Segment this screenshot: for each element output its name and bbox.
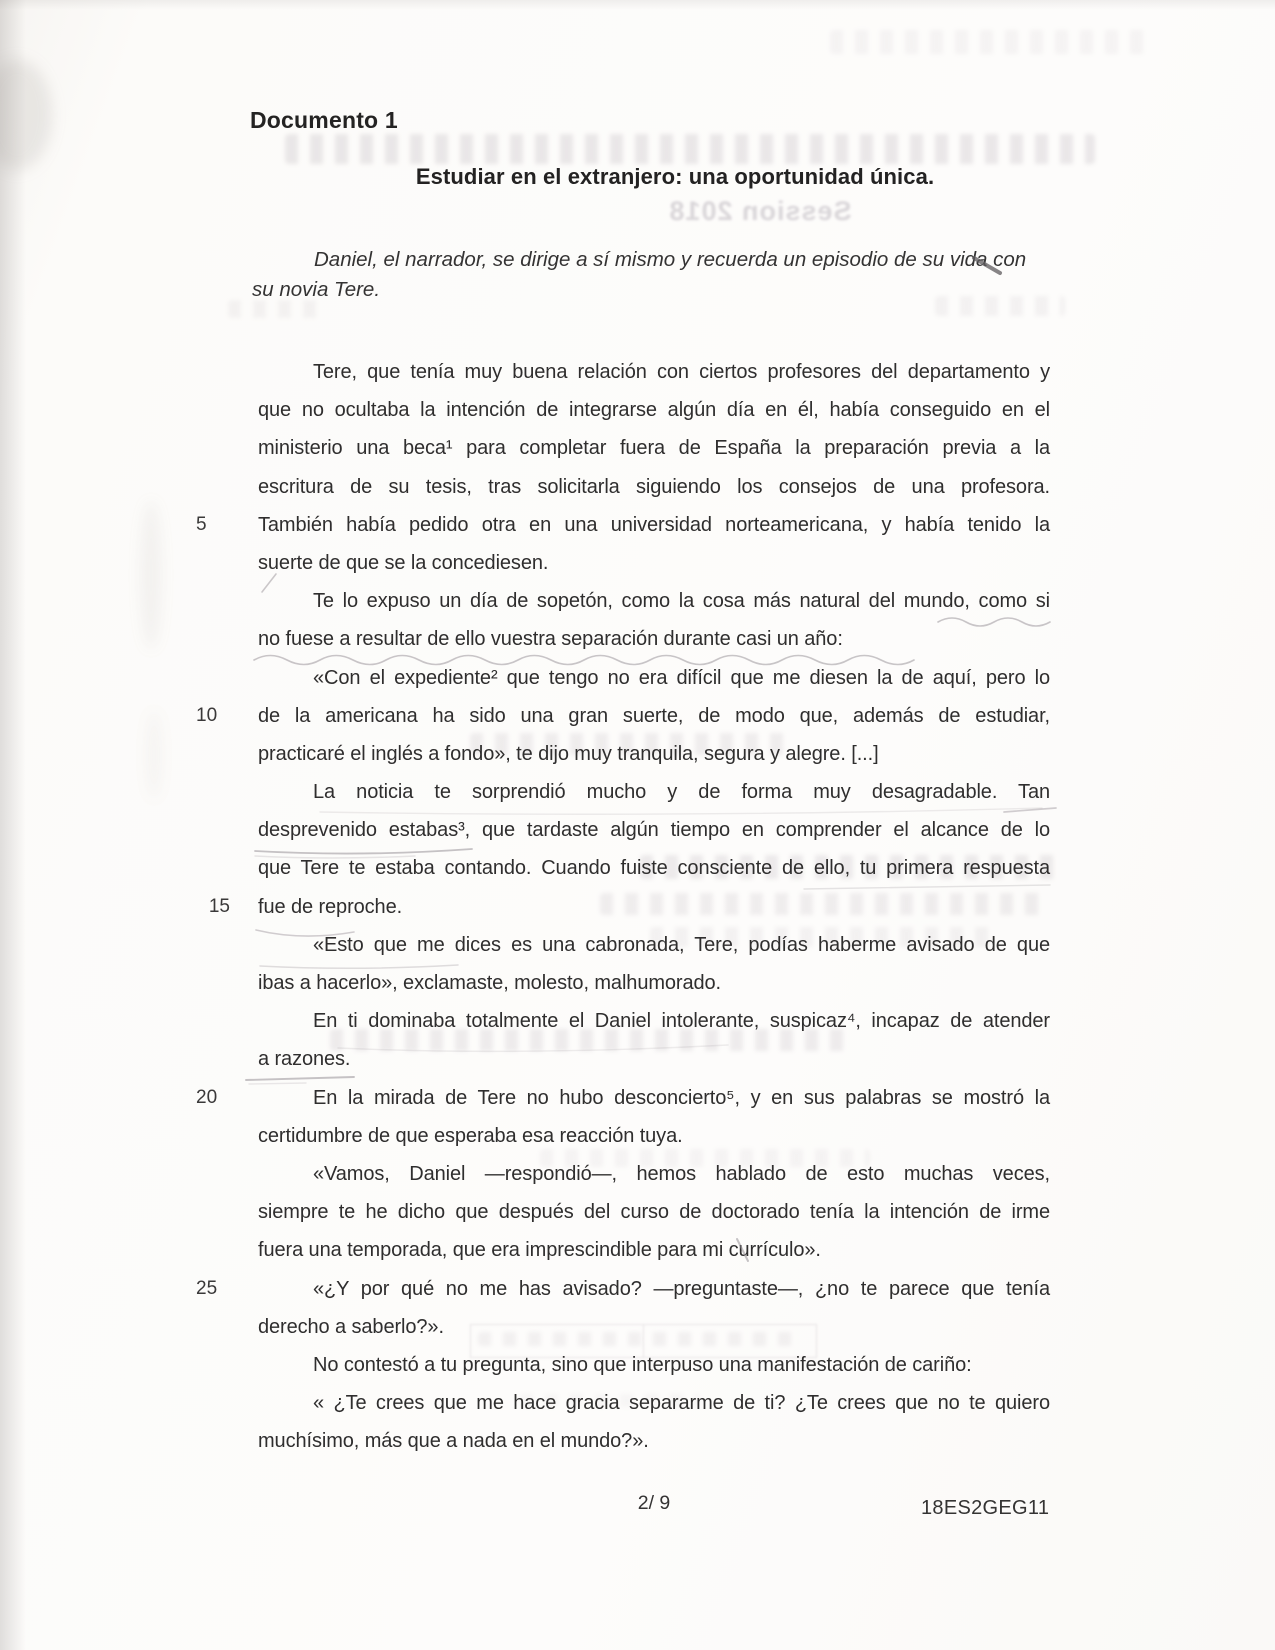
- document-label: Documento 1: [250, 107, 398, 134]
- line-number: 5: [196, 506, 230, 544]
- text-line: «Con el expediente² que tengo no era dif…: [258, 659, 1050, 697]
- text-line-content: «Vamos, Daniel —respondió—, hemos hablad…: [313, 1163, 1050, 1185]
- text-body: Tere, que tenía muy buena relación con c…: [258, 353, 1050, 1460]
- text-line-content: certidumbre de que esperaba esa reacción…: [258, 1125, 683, 1147]
- text-line: a razones.: [258, 1040, 1050, 1078]
- text-line: suerte de que se la concediesen.: [258, 544, 1050, 582]
- text-line-content: Te lo expuso un día de sopetón, como la …: [313, 590, 1050, 612]
- bleed-through-smudge: [285, 134, 1095, 164]
- text-line: que no ocultaba la intención de integrar…: [258, 391, 1050, 429]
- text-line: no fuese a resultar de ello vuestra sepa…: [258, 620, 1050, 658]
- text-line: No contestó a tu pregunta, sino que inte…: [258, 1346, 1050, 1384]
- text-line: muchísimo, más que a nada en el mundo?».: [258, 1422, 1050, 1460]
- text-line-content: que no ocultaba la intención de integrar…: [258, 399, 1050, 421]
- text-line: certidumbre de que esperaba esa reacción…: [258, 1117, 1050, 1155]
- text-line: En ti dominaba totalmente el Daniel into…: [258, 1002, 1050, 1040]
- scan-smudge: [146, 710, 162, 800]
- text-line-content: siempre te he dicho que después del curs…: [258, 1201, 1050, 1223]
- text-line: 20En la mirada de Tere no hubo desconcie…: [258, 1079, 1050, 1117]
- text-line: «Esto que me dices es una cabronada, Ter…: [258, 926, 1050, 964]
- text-line-content: En ti dominaba totalmente el Daniel into…: [313, 1010, 1050, 1032]
- text-line-content: que Tere te estaba contando. Cuando fuis…: [258, 857, 1050, 879]
- text-line: escritura de su tesis, tras solicitarla …: [258, 468, 1050, 506]
- text-line: fuera una temporada, que era imprescindi…: [258, 1231, 1050, 1269]
- text-line-content: desprevenido estabas³, que tardaste algú…: [258, 819, 1050, 841]
- text-line: « ¿Te crees que me hace gracia separarme…: [258, 1384, 1050, 1422]
- line-number: 15: [196, 888, 230, 926]
- text-line-content: ministerio una beca¹ para completar fuer…: [258, 437, 1050, 459]
- scan-smudge: [140, 500, 162, 650]
- scan-edge-shading-left: [0, 0, 26, 1650]
- scan-edge-shading-top: [0, 0, 1275, 10]
- line-number: 10: [196, 697, 230, 735]
- text-line-content: Tere, que tenía muy buena relación con c…: [313, 361, 1050, 383]
- bleed-through-smudge: [830, 30, 1150, 54]
- bleed-through-text: Session 2018: [620, 196, 900, 227]
- text-line: que Tere te estaba contando. Cuando fuis…: [258, 849, 1050, 887]
- text-line-content: derecho a saberlo?».: [258, 1316, 444, 1338]
- text-line: Te lo expuso un día de sopetón, como la …: [258, 582, 1050, 620]
- reference-code: 18ES2GEG11: [921, 1497, 1049, 1520]
- text-line-content: «¿Y por qué no me has avisado? —pregunta…: [313, 1278, 1050, 1300]
- text-line-content: ibas a hacerlo», exclamaste, molesto, ma…: [258, 972, 721, 994]
- text-line: 15fue de reproche.: [258, 888, 1050, 926]
- text-line: siempre te he dicho que después del curs…: [258, 1193, 1050, 1231]
- text-line-content: no fuese a resultar de ello vuestra sepa…: [258, 628, 843, 650]
- text-line-content: «Con el expediente² que tengo no era dif…: [313, 667, 1050, 689]
- text-line: derecho a saberlo?».: [258, 1308, 1050, 1346]
- text-line-content: muchísimo, más que a nada en el mundo?».: [258, 1430, 649, 1452]
- line-number: 20: [196, 1079, 230, 1117]
- text-line-content: fuera una temporada, que era imprescindi…: [258, 1239, 821, 1261]
- text-line-content: «Esto que me dices es una cabronada, Ter…: [313, 934, 1050, 956]
- intro-note: Daniel, el narrador, se dirige a sí mism…: [252, 245, 1052, 304]
- intro-line: Daniel, el narrador, se dirige a sí mism…: [252, 245, 1052, 275]
- text-line-content: practicaré el inglés a fondo», te dijo m…: [258, 743, 879, 765]
- text-line: 25«¿Y por qué no me has avisado? —pregun…: [258, 1270, 1050, 1308]
- text-line-content: « ¿Te crees que me hace gracia separarme…: [313, 1392, 1050, 1414]
- text-line-content: escritura de su tesis, tras solicitarla …: [258, 476, 1050, 498]
- scan-smudge: [0, 60, 52, 170]
- text-line: «Vamos, Daniel —respondió—, hemos hablad…: [258, 1155, 1050, 1193]
- text-line: La noticia te sorprendió mucho y de form…: [258, 773, 1050, 811]
- line-number: 25: [196, 1270, 230, 1308]
- page-title: Estudiar en el extranjero: una oportunid…: [260, 164, 1090, 190]
- text-line-content: fue de reproche.: [258, 896, 402, 918]
- text-line-content: En la mirada de Tere no hubo desconciert…: [313, 1087, 1050, 1109]
- text-line: 5También había pedido otra en una univer…: [258, 506, 1050, 544]
- text-line-content: También había pedido otra en una univers…: [258, 514, 1050, 536]
- text-line: 10de la americana ha sido una gran suert…: [258, 697, 1050, 735]
- text-line: desprevenido estabas³, que tardaste algú…: [258, 811, 1050, 849]
- text-line: ministerio una beca¹ para completar fuer…: [258, 429, 1050, 467]
- text-line-content: a razones.: [258, 1048, 350, 1070]
- text-line: practicaré el inglés a fondo», te dijo m…: [258, 735, 1050, 773]
- text-line-content: suerte de que se la concediesen.: [258, 552, 548, 574]
- text-line: Tere, que tenía muy buena relación con c…: [258, 353, 1050, 391]
- text-line-content: No contestó a tu pregunta, sino que inte…: [313, 1354, 972, 1376]
- intro-line: su novia Tere.: [252, 275, 1052, 305]
- text-line: ibas a hacerlo», exclamaste, molesto, ma…: [258, 964, 1050, 1002]
- text-line-content: de la americana ha sido una gran suerte,…: [258, 705, 1050, 727]
- text-line-content: La noticia te sorprendió mucho y de form…: [313, 781, 1050, 803]
- document-page: Session 2018 Documento 1 Estudiar en el …: [0, 0, 1275, 1650]
